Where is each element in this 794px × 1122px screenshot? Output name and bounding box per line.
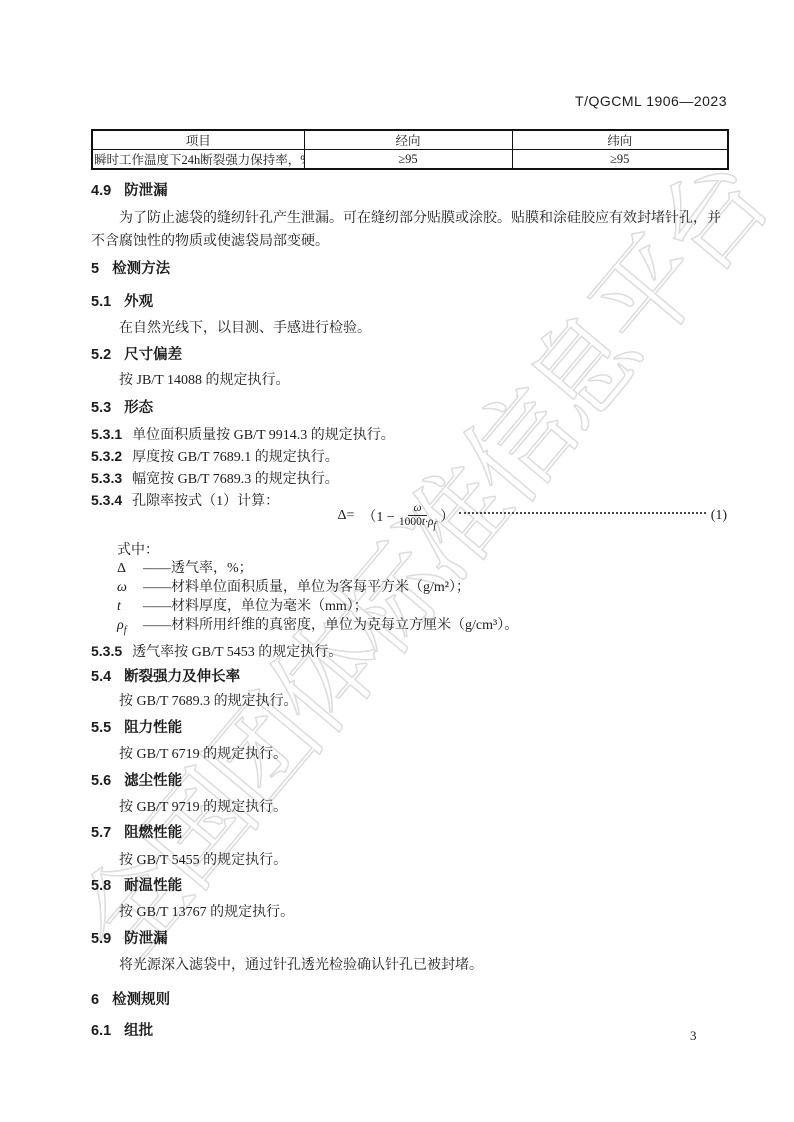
cell-item: 瞬时工作温度下24h断裂强力保持率，%: [92, 150, 304, 170]
spec-table-row: 瞬时工作温度下24h断裂强力保持率，% ≥95 ≥95: [92, 150, 728, 170]
clause-text: 孔隙率按式（1）计算：: [132, 494, 279, 509]
clause-text: 厚度按 GB/T 7689.1 的规定执行。: [132, 450, 339, 465]
para-5-8: 按 GB/T 13767 的规定执行。: [91, 905, 727, 921]
symbol-omega: ω: [117, 578, 143, 597]
heading-title: 检测规则: [112, 992, 170, 1008]
clause-text: 单位面积质量按 GB/T 9914.3 的规定执行。: [132, 428, 395, 443]
heading-number: 5.4: [91, 669, 111, 686]
para-5-9: 将光源深入滤袋中，通过针孔透光检验确认针孔已被封堵。: [91, 958, 727, 974]
clause-5-3-2: 5.3.2厚度按 GB/T 7689.1 的规定执行。: [91, 446, 727, 468]
para-5-5: 按 GB/T 6719 的规定执行。: [91, 747, 727, 763]
heading-title: 组批: [124, 1023, 153, 1039]
fraction-denominator: 1000t·ρf: [397, 516, 438, 532]
document-page: 全国团体标准信息平台 T/QGCML 1906—2023 项目 经向 纬向 瞬时…: [0, 0, 794, 1122]
heading-number: 5.8: [91, 878, 111, 895]
col-header-warp: 经向: [304, 130, 512, 150]
heading-4-9: 4.9防泄漏: [91, 183, 727, 200]
definition-text: ——透气率，%；: [143, 559, 253, 578]
heading-title: 检测方法: [112, 261, 170, 277]
heading-title: 断裂强力及伸长率: [124, 669, 240, 685]
para-5-2: 按 JB/T 14088 的规定执行。: [91, 373, 727, 389]
heading-5-7: 5.7阻燃性能: [91, 825, 727, 842]
heading-5: 5检测方法: [91, 261, 727, 278]
symbol-t: t: [117, 597, 143, 616]
heading-6-1: 6.1组批: [91, 1023, 727, 1040]
formula-expression: Δ= （1 − ω 1000t·ρf ）: [338, 501, 455, 531]
heading-5-6: 5.6滤尘性能: [91, 773, 727, 790]
definition-t: t——材料厚度，单位为毫米（mm）；: [117, 597, 727, 616]
heading-title: 外观: [124, 294, 153, 310]
heading-5-3: 5.3形态: [91, 400, 727, 417]
para-5-1: 在自然光线下，以目测、手感进行检验。: [91, 321, 727, 337]
definition-text: ——材料所用纤维的真密度，单位为克每立方厘米（g/cm³）。: [143, 616, 518, 640]
heading-5-8: 5.8耐温性能: [91, 878, 727, 895]
heading-number: 5.6: [91, 773, 111, 790]
clause-5-3-1: 5.3.1单位面积质量按 GB/T 9914.3 的规定执行。: [91, 424, 727, 446]
heading-number: 5: [91, 261, 99, 278]
fraction-numerator: ω: [408, 502, 426, 516]
para-4-9: 为了防止滤袋的缝纫针孔产生泄漏。可在缝纫部分贴膜或涂胶。贴膜和涂硅胶应有效封堵针…: [91, 207, 727, 253]
col-header-weft: 纬向: [512, 130, 728, 150]
definition-omega: ω——材料单位面积质量，单位为客每平方米（g/m²）；: [117, 578, 727, 597]
heading-number: 5.7: [91, 825, 111, 842]
definitions-intro: 式中：: [117, 543, 727, 559]
heading-5-1: 5.1外观: [91, 294, 727, 311]
clause-number: 5.3.5: [91, 643, 122, 659]
heading-title: 尺寸偏差: [124, 347, 182, 363]
heading-5-4: 5.4断裂强力及伸长率: [91, 669, 727, 686]
denominator-subscript: f: [433, 521, 436, 532]
heading-title: 阻燃性能: [124, 825, 182, 841]
equation-number: (1): [711, 508, 727, 524]
doc-number: T/QGCML 1906—2023: [91, 94, 727, 108]
symbol-delta: Δ: [117, 559, 143, 578]
para-5-6: 按 GB/T 9719 的规定执行。: [91, 800, 727, 816]
heading-number: 5.2: [91, 347, 111, 364]
clause-5-3-5: 5.3.5透气率按 GB/T 5453 的规定执行。: [91, 641, 727, 663]
clause-number: 5.3.2: [91, 448, 122, 464]
heading-title: 形态: [124, 400, 153, 416]
formula-close: ）: [440, 506, 454, 526]
spec-table: 项目 经向 纬向 瞬时工作温度下24h断裂强力保持率，% ≥95 ≥95: [91, 129, 729, 170]
clause-number: 5.3.3: [91, 470, 122, 486]
formula-open: （1 −: [362, 506, 394, 526]
heading-number: 6: [91, 992, 99, 1009]
definition-rho-f: ρf——材料所用纤维的真密度，单位为克每立方厘米（g/cm³）。: [117, 616, 727, 640]
heading-title: 防泄漏: [124, 183, 168, 199]
definition-text: ——材料单位面积质量，单位为客每平方米（g/m²）；: [143, 578, 470, 597]
symbol-rho-f: ρf: [117, 616, 143, 640]
formula-lhs: Δ=: [338, 508, 355, 524]
para-5-4: 按 GB/T 7689.3 的规定执行。: [91, 694, 727, 710]
clause-text: 透气率按 GB/T 5453 的规定执行。: [132, 645, 342, 660]
clause-text: 幅宽按 GB/T 7689.3 的规定执行。: [132, 472, 339, 487]
denominator-coefficient: 1000: [399, 516, 422, 528]
heading-title: 耐温性能: [124, 878, 182, 894]
heading-number: 5.5: [91, 720, 111, 737]
dotted-leader: [459, 512, 706, 514]
heading-number: 6.1: [91, 1023, 111, 1040]
clause-5-3-3: 5.3.3幅宽按 GB/T 7689.3 的规定执行。: [91, 468, 727, 490]
heading-number: 5.1: [91, 294, 111, 311]
para-5-7: 按 GB/T 5455 的规定执行。: [91, 853, 727, 869]
heading-title: 滤尘性能: [124, 773, 182, 789]
clause-number: 5.3.4: [91, 492, 122, 508]
definition-text: ——材料厚度，单位为毫米（mm）；: [143, 597, 368, 616]
formula-fraction: ω 1000t·ρf: [397, 502, 438, 532]
heading-5-9: 5.9防泄漏: [91, 931, 727, 948]
definition-delta: Δ——透气率，%；: [117, 559, 727, 578]
heading-title: 阻力性能: [124, 720, 182, 736]
clause-number: 5.3.1: [91, 426, 122, 442]
heading-number: 5.3: [91, 400, 111, 417]
heading-6: 6检测规则: [91, 992, 727, 1009]
col-header-item: 项目: [92, 130, 304, 150]
cell-warp-value: ≥95: [304, 150, 512, 170]
heading-title: 防泄漏: [124, 931, 168, 947]
cell-weft-value: ≥95: [512, 150, 728, 170]
page-number: 3: [690, 1028, 697, 1044]
heading-number: 4.9: [91, 183, 111, 200]
heading-number: 5.9: [91, 931, 111, 948]
spec-table-header-row: 项目 经向 纬向: [92, 130, 728, 150]
heading-5-2: 5.2尺寸偏差: [91, 347, 727, 364]
denominator-variables: t·ρ: [422, 516, 434, 528]
heading-5-5: 5.5阻力性能: [91, 720, 727, 737]
